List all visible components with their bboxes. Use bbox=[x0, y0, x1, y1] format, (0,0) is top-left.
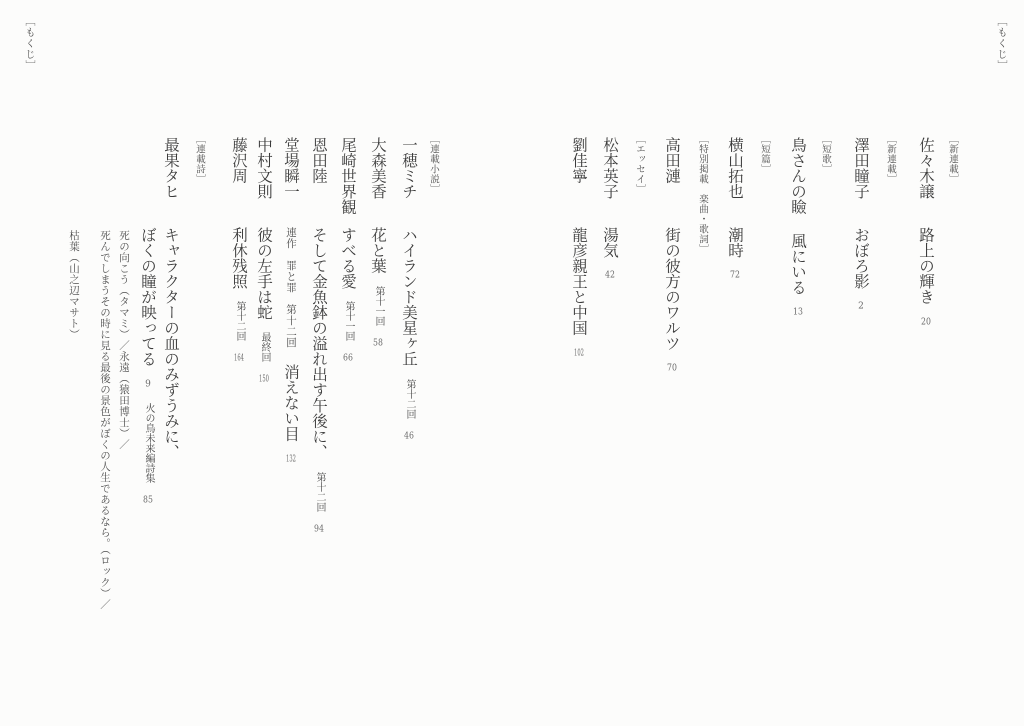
toc-entry: そして金魚鉢の溢れ出す午後に、第十二回94 bbox=[309, 227, 327, 534]
poem-list-column-2: 死んでしまうその時に見る最後の景色がぼくの人生であるなら。（ロック）／ bbox=[97, 230, 110, 610]
work-title: 路上の輝き bbox=[917, 227, 935, 305]
work-title: 龍彦親王と中国 bbox=[570, 227, 588, 336]
series-label: 連作 罪と罪 第十二回 bbox=[285, 227, 297, 348]
toc-entry: ハイランド美星ヶ丘第十二回46 bbox=[399, 227, 417, 441]
page-number: 46 bbox=[404, 432, 414, 441]
page-number: 13 bbox=[793, 308, 803, 317]
poem-list-column-1: 死の向こう（タマミ）／永遠（猿田博士）／ bbox=[116, 230, 129, 450]
genre-label: ［短歌］ bbox=[817, 134, 830, 174]
poem-list-column-3: 枯葉（山之辺マサト） bbox=[66, 230, 79, 340]
page-number: 150 bbox=[259, 375, 269, 384]
work-title: 消えない目 bbox=[282, 364, 300, 442]
toc-entry: 路上の輝き20 bbox=[916, 227, 934, 327]
author-name: 横山拓也 bbox=[725, 137, 743, 199]
genre-label: ［特別掲載 楽曲・歌詞］ bbox=[694, 134, 707, 254]
toc-entry: 潮時72 bbox=[725, 227, 743, 280]
author-name: 松本英子 bbox=[600, 137, 618, 199]
toc-entry: すべる愛第十一回66 bbox=[338, 227, 356, 363]
work-title: 湯気 bbox=[601, 227, 619, 258]
author-name: 藤沢周 bbox=[229, 137, 247, 184]
page-number: 102 bbox=[574, 349, 584, 358]
genre-label: ［新連載］ bbox=[882, 134, 895, 184]
toc-entry: 街の彼方のワルツ70 bbox=[662, 227, 680, 373]
work-title: 潮時 bbox=[726, 227, 744, 258]
page-number: 94 bbox=[314, 525, 324, 534]
author-name: 恩田陸 bbox=[309, 137, 327, 184]
genre-label: ［新連載］ bbox=[944, 134, 957, 184]
toc-entry: 彼の左手は蛇最終回150 bbox=[254, 227, 272, 384]
work-title: おぼろ影 bbox=[852, 227, 870, 289]
poetry-title-line2: ぼくの瞳が映ってる9火の鳥未来編詩集85 bbox=[138, 227, 156, 505]
genre-label: ［エッセイ］ bbox=[631, 134, 644, 194]
work-title: そして金魚鉢の溢れ出す午後に、 bbox=[310, 227, 328, 460]
author-name: 佐々木譲 bbox=[916, 137, 934, 199]
episode-number: 最終回 bbox=[259, 332, 270, 362]
toc-entry: 花と葉第十一回58 bbox=[368, 227, 386, 348]
collection-title: 火の鳥未来編詩集 bbox=[143, 403, 154, 483]
toc-entry: 湯気42 bbox=[600, 227, 618, 280]
page-number: 9 bbox=[143, 380, 153, 389]
author-name: 一穂ミチ bbox=[399, 137, 417, 199]
genre-label: ［短篇］ bbox=[756, 134, 769, 174]
author-name: 鳥さんの瞼 bbox=[788, 137, 806, 215]
page-number: 20 bbox=[921, 318, 931, 327]
episode-number: 第十二回 bbox=[404, 379, 415, 419]
episode-number: 第十二回 bbox=[314, 472, 325, 512]
author-name: 尾崎世界観 bbox=[338, 137, 356, 215]
toc-page: ［もくじ］ ［もくじ］ ［新連載］ 佐々木譲 路上の輝き20 ［新連載］ 澤田瞳… bbox=[0, 0, 1024, 726]
author-name: 高田漣 bbox=[662, 137, 680, 184]
toc-entry: おぼろ影2 bbox=[851, 227, 869, 311]
author-name: 中村文則 bbox=[254, 137, 272, 199]
author-name: 劉佳寧 bbox=[569, 137, 587, 184]
page-number: 85 bbox=[143, 496, 153, 505]
work-title: 利休残照 bbox=[230, 227, 248, 289]
work-title: すべる愛 bbox=[339, 227, 357, 289]
page-number: 72 bbox=[730, 271, 740, 280]
episode-number: 第十一回 bbox=[343, 301, 354, 341]
genre-label: ［連載詩］ bbox=[191, 134, 204, 184]
corner-marker-right: ［もくじ］ bbox=[992, 16, 1006, 71]
toc-entry: 龍彦親王と中国102 bbox=[569, 227, 587, 358]
genre-label: ［連載小説］ bbox=[425, 134, 438, 194]
page-number: 42 bbox=[605, 271, 615, 280]
page-number: 164 bbox=[234, 354, 244, 363]
author-name: 大森美香 bbox=[368, 137, 386, 199]
work-title: 風にいる bbox=[789, 233, 807, 295]
page-number: 70 bbox=[667, 364, 677, 373]
toc-entry: 風にいる13 bbox=[788, 233, 806, 317]
episode-number: 第十二回 bbox=[234, 301, 245, 341]
work-title: 街の彼方のワルツ bbox=[663, 227, 681, 351]
work-title: ぼくの瞳が映ってる bbox=[139, 227, 157, 367]
work-title: ハイランド美星ヶ丘 bbox=[400, 227, 418, 367]
toc-entry: 連作 罪と罪 第十二回消えない目132 bbox=[281, 227, 299, 464]
page-number: 58 bbox=[373, 339, 383, 348]
author-name: 最果タヒ bbox=[161, 137, 179, 199]
corner-marker-left: ［もくじ］ bbox=[20, 16, 34, 71]
episode-number: 第十一回 bbox=[373, 286, 384, 326]
author-name: 澤田瞳子 bbox=[851, 137, 869, 199]
author-name: 堂場瞬一 bbox=[281, 137, 299, 199]
work-title: 花と葉 bbox=[369, 227, 387, 274]
work-title: 彼の左手は蛇 bbox=[255, 227, 273, 320]
page-number: 132 bbox=[286, 455, 296, 464]
page-number: 2 bbox=[856, 302, 866, 311]
toc-entry: 利休残照第十二回164 bbox=[229, 227, 247, 363]
poetry-title-line1: キャラクターの血のみずうみに、 bbox=[161, 227, 179, 460]
page-number: 66 bbox=[343, 354, 353, 363]
